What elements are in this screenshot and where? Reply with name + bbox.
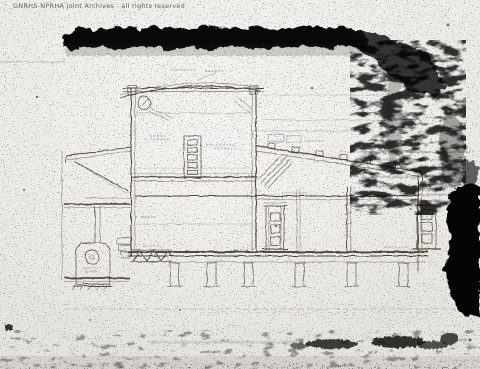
scanned-drawing-sheet: GNRHS-NPRHA Joint Archives - all rights … [0, 0, 480, 369]
drawing-canvas [0, 0, 480, 369]
watermark-text: GNRHS-NPRHA Joint Archives - all rights … [13, 2, 185, 10]
